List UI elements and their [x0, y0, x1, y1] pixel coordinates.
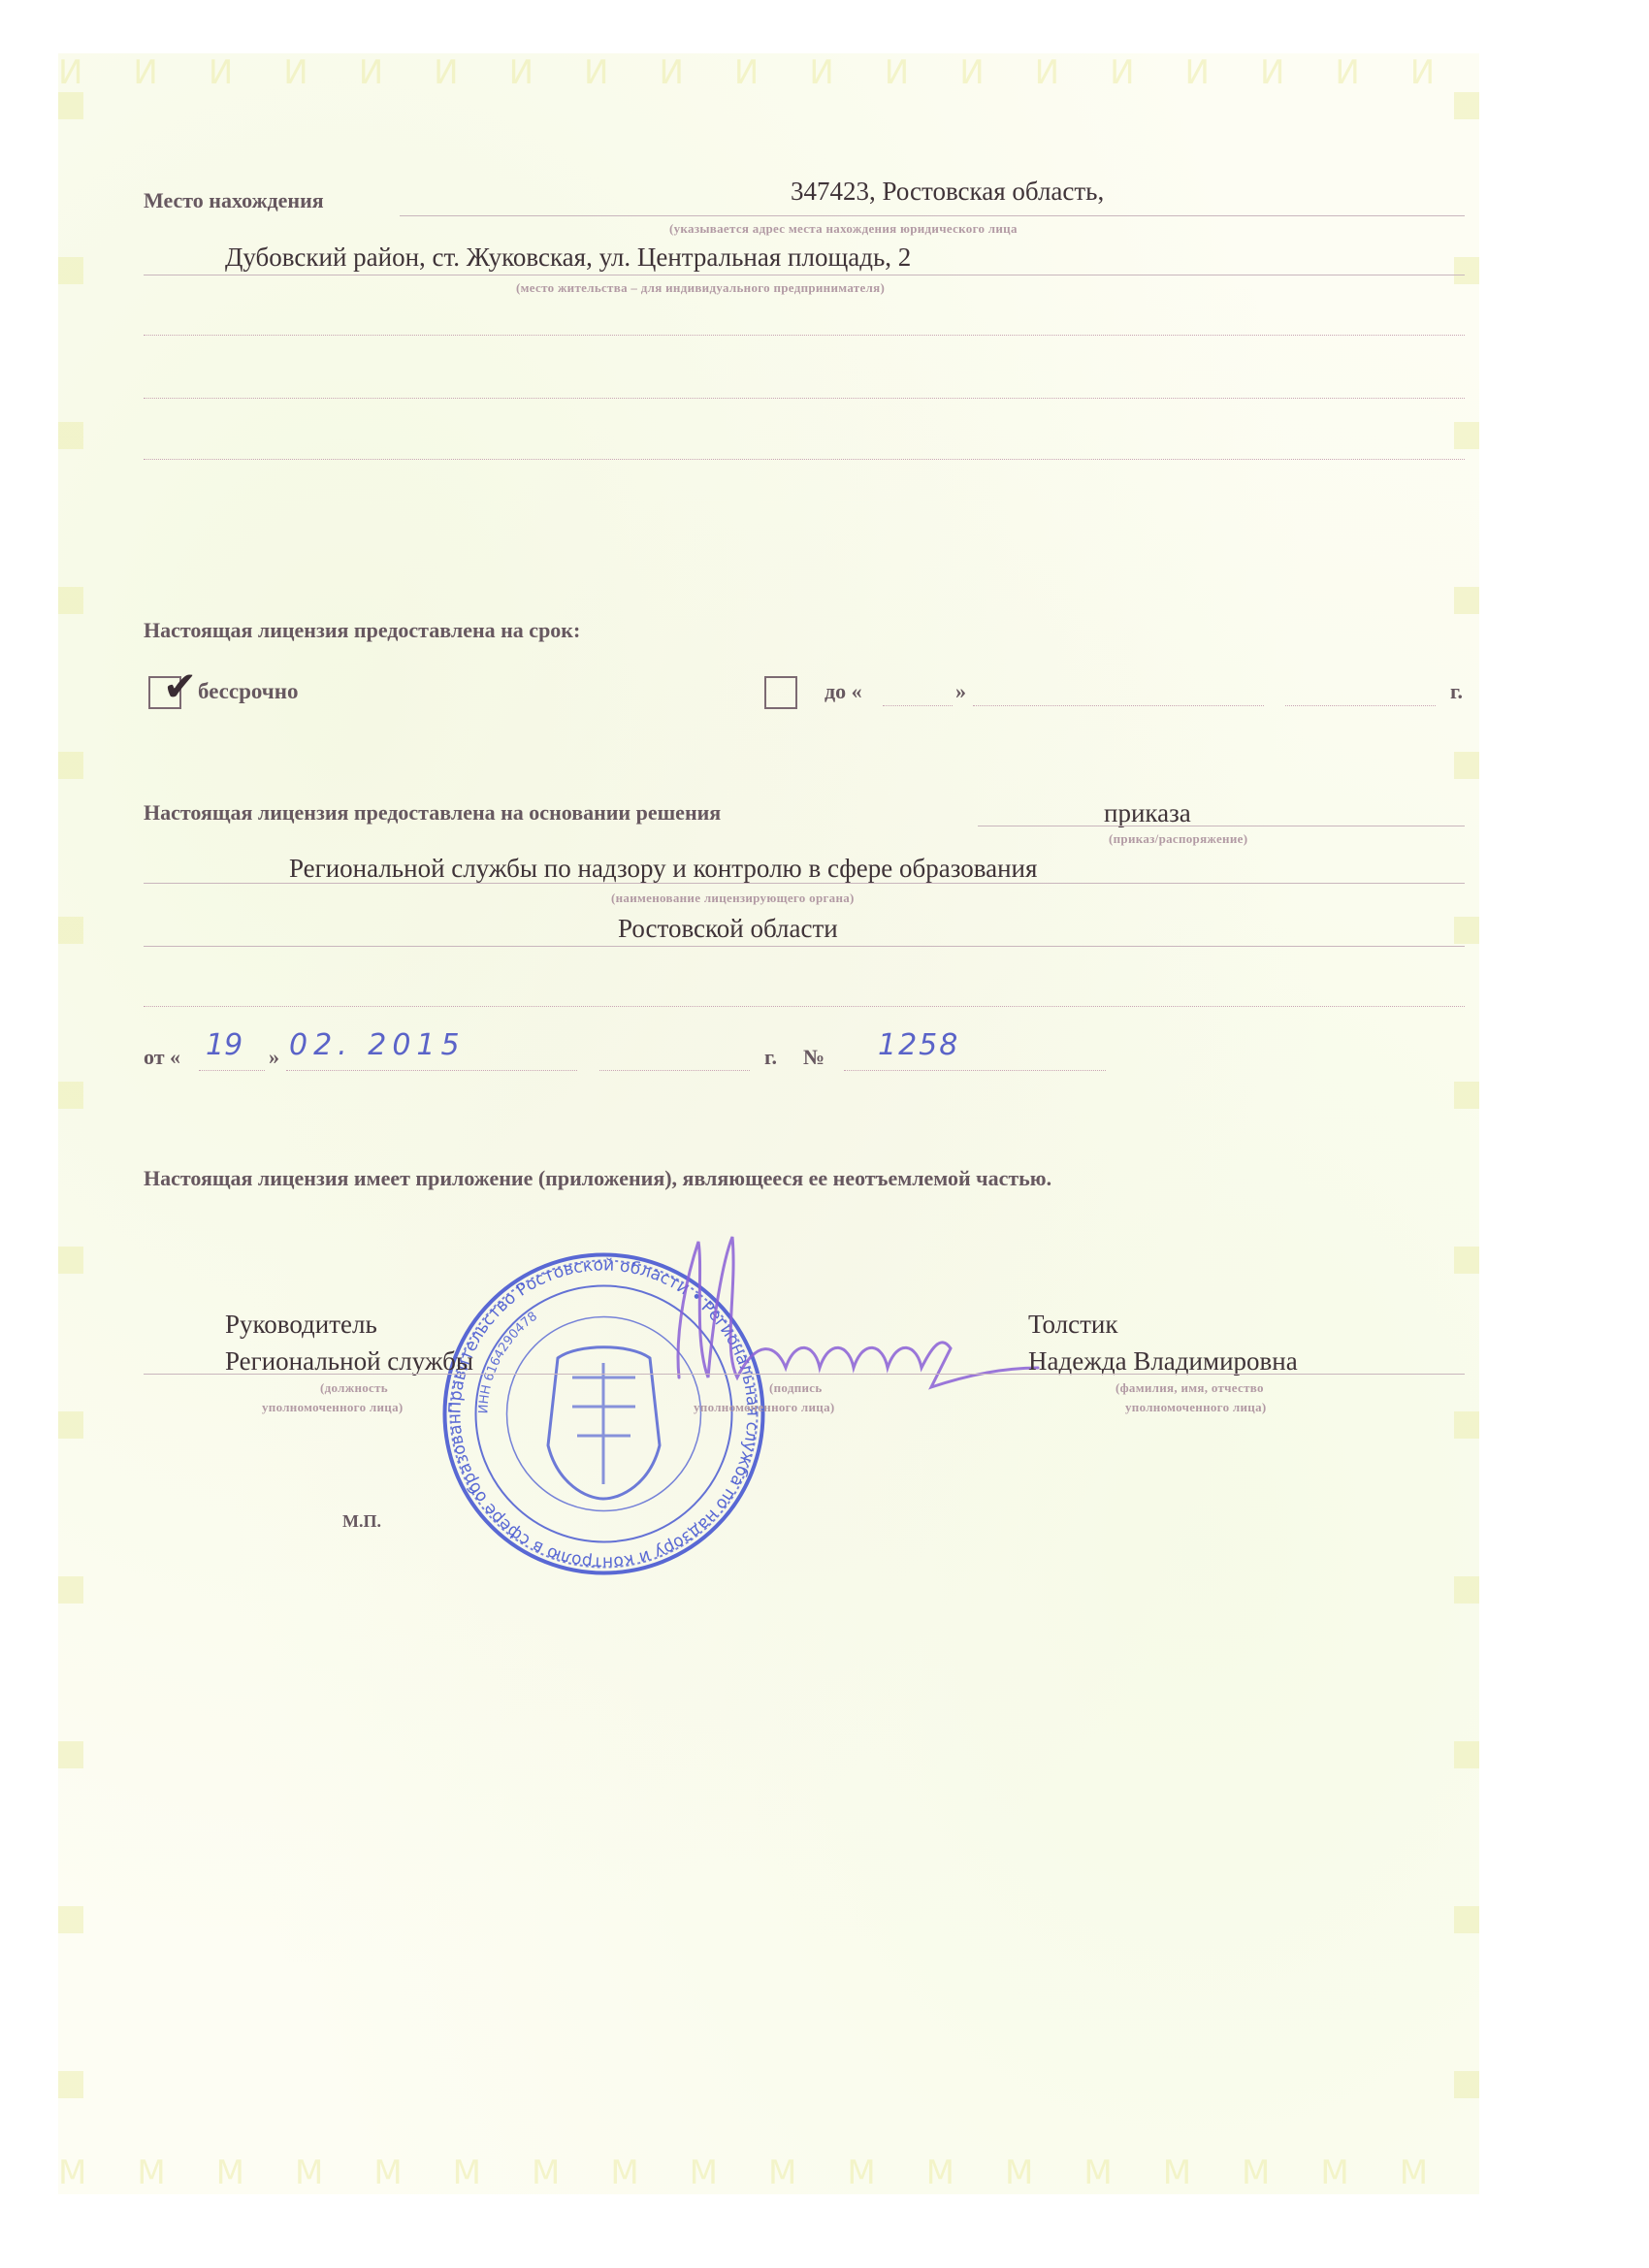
checkmark-icon: ✔ — [163, 663, 197, 710]
location-label: Место нахождения — [144, 188, 324, 213]
authority-caption: (наименование лицензирующего органа) — [611, 891, 855, 906]
date-day: 19 — [206, 1028, 242, 1062]
position-caption1: (должность — [320, 1380, 388, 1396]
until-day-field[interactable] — [883, 705, 953, 706]
date-day-field — [199, 1070, 265, 1071]
term-heading: Настоящая лицензия предоставлена на срок… — [144, 618, 580, 643]
number-label: № — [803, 1045, 824, 1070]
signatory-position-line1: Руководитель — [225, 1310, 377, 1340]
position-caption2: уполномоченного лица) — [262, 1400, 404, 1415]
name-caption2: уполномоченного лица) — [1125, 1400, 1267, 1415]
signature-caption1: (подпись — [769, 1380, 823, 1396]
decision-caption: (приказ/распоряжение) — [1109, 831, 1247, 847]
decision-underline — [978, 826, 1465, 826]
signature-underline — [144, 1374, 1465, 1375]
seal-label: М.П. — [342, 1511, 381, 1532]
blank-line — [144, 459, 1465, 460]
location-caption2: (место жительства – для индивидуального … — [516, 280, 885, 296]
authority-line2: Ростовской области — [618, 914, 838, 944]
decorative-border-bottom: МММММММММММММММММММММ — [58, 2154, 1479, 2194]
blank-line — [144, 335, 1465, 336]
decorative-border-top: ИИИИИИИИИИИИИИИИИИИИИ — [58, 53, 1479, 94]
location-underline-2 — [144, 275, 1465, 275]
signatory-position-line2: Региональной службы — [225, 1346, 473, 1377]
date-month-year: 02. 2015 — [289, 1028, 466, 1062]
authority-line1: Региональной службы по надзору и контрол… — [289, 854, 1037, 884]
signature-caption2: уполномоченного лица) — [694, 1400, 835, 1415]
until-year-field[interactable] — [1285, 705, 1436, 706]
until-checkbox[interactable] — [764, 676, 797, 709]
until-label: до « — [824, 679, 862, 704]
until-month-field[interactable] — [973, 705, 1264, 706]
until-year-suffix: г. — [1450, 679, 1463, 704]
location-line1: 347423, Ростовская область, — [791, 177, 1104, 207]
date-mid: » — [269, 1045, 279, 1070]
indefinite-label: бессрочно — [198, 679, 299, 704]
location-underline-1 — [400, 215, 1465, 216]
decision-type: приказа — [1104, 798, 1191, 828]
authority-underline-2 — [144, 946, 1465, 947]
until-close-quote: » — [955, 679, 966, 704]
date-year-suffix: г. — [764, 1045, 777, 1070]
blank-line — [144, 398, 1465, 399]
basis-label: Настоящая лицензия предоставлена на осно… — [144, 800, 721, 826]
date-prefix: от « — [144, 1045, 180, 1070]
authority-underline-1 — [144, 883, 1465, 884]
number-value: 1258 — [878, 1028, 959, 1062]
date-year-field — [599, 1070, 750, 1071]
blank-line — [144, 1006, 1465, 1007]
signatory-name: Надежда Владимировна — [1028, 1346, 1298, 1377]
handwritten-signature — [640, 1232, 1048, 1407]
name-caption1: (фамилия, имя, отчество — [1115, 1380, 1264, 1396]
location-line2: Дубовский район, ст. Жуковская, ул. Цент… — [225, 243, 911, 273]
license-sheet: ИИИИИИИИИИИИИИИИИИИИИ ММММММММММММММММММ… — [58, 53, 1479, 2194]
number-field — [844, 1070, 1106, 1071]
signatory-surname: Толстик — [1028, 1310, 1117, 1340]
appendix-note: Настоящая лицензия имеет приложение (при… — [144, 1166, 1051, 1191]
date-month-field — [286, 1070, 577, 1071]
location-caption1: (указывается адрес места нахождения юрид… — [669, 221, 1018, 237]
decorative-border-right — [1454, 92, 1479, 2155]
decorative-border-left — [58, 92, 83, 2155]
